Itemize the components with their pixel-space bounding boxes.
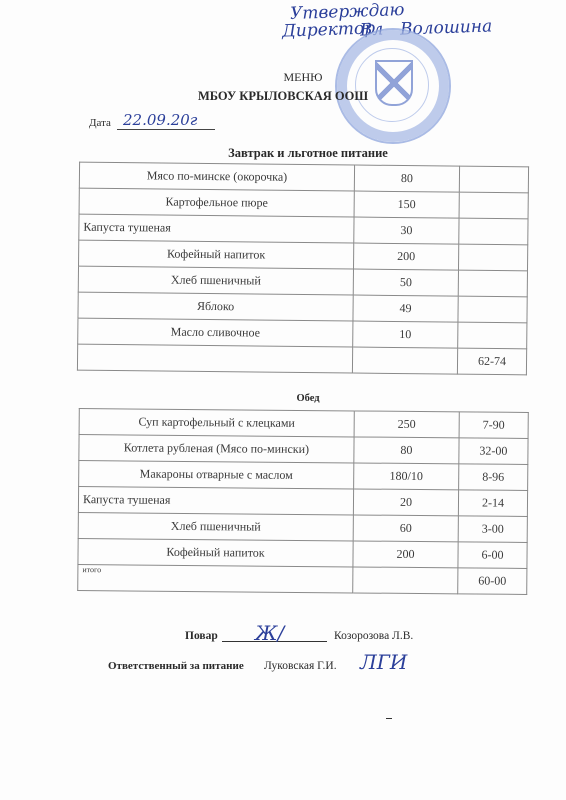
price-cell: 32-00 bbox=[459, 438, 528, 465]
table-row: Капуста тушеная202-14 bbox=[78, 487, 527, 517]
school-name: МБОУ КРЫЛОВСКАЯ ООШ bbox=[0, 89, 566, 104]
cook-signature: Ж/ bbox=[255, 621, 284, 645]
table-row: Котлета рубленая (Мясо по-мински)8032-00 bbox=[79, 435, 528, 465]
table-row: Макароны отварные с маслом180/108-96 bbox=[79, 461, 528, 491]
price-cell bbox=[458, 244, 527, 271]
dish-name-cell: Мясо по-минске (окорочка) bbox=[79, 162, 354, 191]
portion-size-cell: 20 bbox=[353, 489, 458, 516]
dish-name-cell: итого bbox=[78, 565, 353, 593]
portion-size-cell: 49 bbox=[353, 295, 458, 322]
date-value: 22.09.20г bbox=[117, 111, 215, 130]
portion-size-cell: 200 bbox=[353, 541, 458, 568]
portion-size-cell bbox=[352, 347, 457, 374]
table-row: Хлеб пшеничный603-00 bbox=[78, 513, 527, 543]
round-seal-icon bbox=[335, 28, 451, 144]
table-row: итого60-00 bbox=[78, 565, 527, 595]
dish-name-cell: Масло сливочное bbox=[78, 318, 353, 347]
price-cell bbox=[458, 270, 527, 297]
dish-name-cell: Макароны отварные с маслом bbox=[79, 461, 354, 489]
breakfast-title: Завтрак и льготное питание bbox=[0, 146, 566, 161]
table-row: Суп картофельный с клецками2507-90 bbox=[79, 409, 528, 439]
price-cell bbox=[459, 166, 528, 193]
price-cell bbox=[458, 296, 527, 323]
portion-size-cell: 80 bbox=[354, 165, 459, 192]
dish-name-cell: Капуста тушеная bbox=[79, 214, 354, 243]
portion-size-cell: 250 bbox=[354, 411, 459, 438]
price-cell bbox=[459, 218, 528, 245]
portion-size-cell: 200 bbox=[353, 243, 458, 270]
dish-name-cell: Кофейный напиток bbox=[78, 539, 353, 567]
price-cell: 60-00 bbox=[458, 568, 527, 595]
price-cell: 2-14 bbox=[458, 490, 527, 517]
dish-name-cell: Хлеб пшеничный bbox=[78, 513, 353, 541]
price-cell: 6-00 bbox=[458, 542, 527, 569]
dish-name-cell: Капуста тушеная bbox=[78, 487, 353, 515]
price-cell bbox=[459, 192, 528, 219]
dish-name-cell: Котлета рубленая (Мясо по-мински) bbox=[79, 435, 354, 463]
price-cell bbox=[458, 322, 527, 349]
date-label: Дата bbox=[89, 117, 111, 129]
portion-size-cell bbox=[353, 567, 458, 594]
price-cell: 7-90 bbox=[459, 412, 528, 439]
responsible-label: Ответственный за питание bbox=[108, 660, 244, 672]
dish-name-cell: Хлеб пшеничный bbox=[78, 266, 353, 295]
table-row: Кофейный напиток2006-00 bbox=[78, 539, 527, 569]
dish-name-cell: Суп картофельный с клецками bbox=[79, 409, 354, 437]
cook-name: Козорозова Л.В. bbox=[334, 630, 413, 642]
stray-mark bbox=[386, 718, 392, 719]
portion-size-cell: 30 bbox=[354, 217, 459, 244]
dish-name-cell: Яблоко bbox=[78, 292, 353, 321]
table-row: 62-74 bbox=[77, 344, 526, 375]
lunch-title: Обед bbox=[0, 393, 566, 404]
document-title: МЕНЮ bbox=[0, 70, 566, 85]
portion-size-cell: 50 bbox=[353, 269, 458, 296]
price-cell: 3-00 bbox=[458, 516, 527, 543]
price-cell: 62-74 bbox=[457, 348, 526, 375]
portion-size-cell: 10 bbox=[353, 321, 458, 348]
price-cell: 8-96 bbox=[459, 464, 528, 491]
portion-size-cell: 180/10 bbox=[354, 463, 459, 490]
portion-size-cell: 150 bbox=[354, 191, 459, 218]
dish-name-cell: Картофельное пюре bbox=[79, 188, 354, 217]
cook-label: Повар bbox=[185, 630, 218, 642]
lunch-table: Суп картофельный с клецками2507-90Котлет… bbox=[77, 408, 529, 595]
dish-name-cell bbox=[77, 344, 352, 373]
responsible-name: Луковская Г.И. bbox=[264, 660, 337, 672]
portion-size-cell: 80 bbox=[354, 437, 459, 464]
dish-name-cell: Кофейный напиток bbox=[79, 240, 354, 269]
responsible-signature: ЛГИ bbox=[360, 650, 407, 674]
breakfast-table: Мясо по-минске (окорочка)80Картофельное … bbox=[77, 162, 529, 376]
portion-size-cell: 60 bbox=[353, 515, 458, 542]
